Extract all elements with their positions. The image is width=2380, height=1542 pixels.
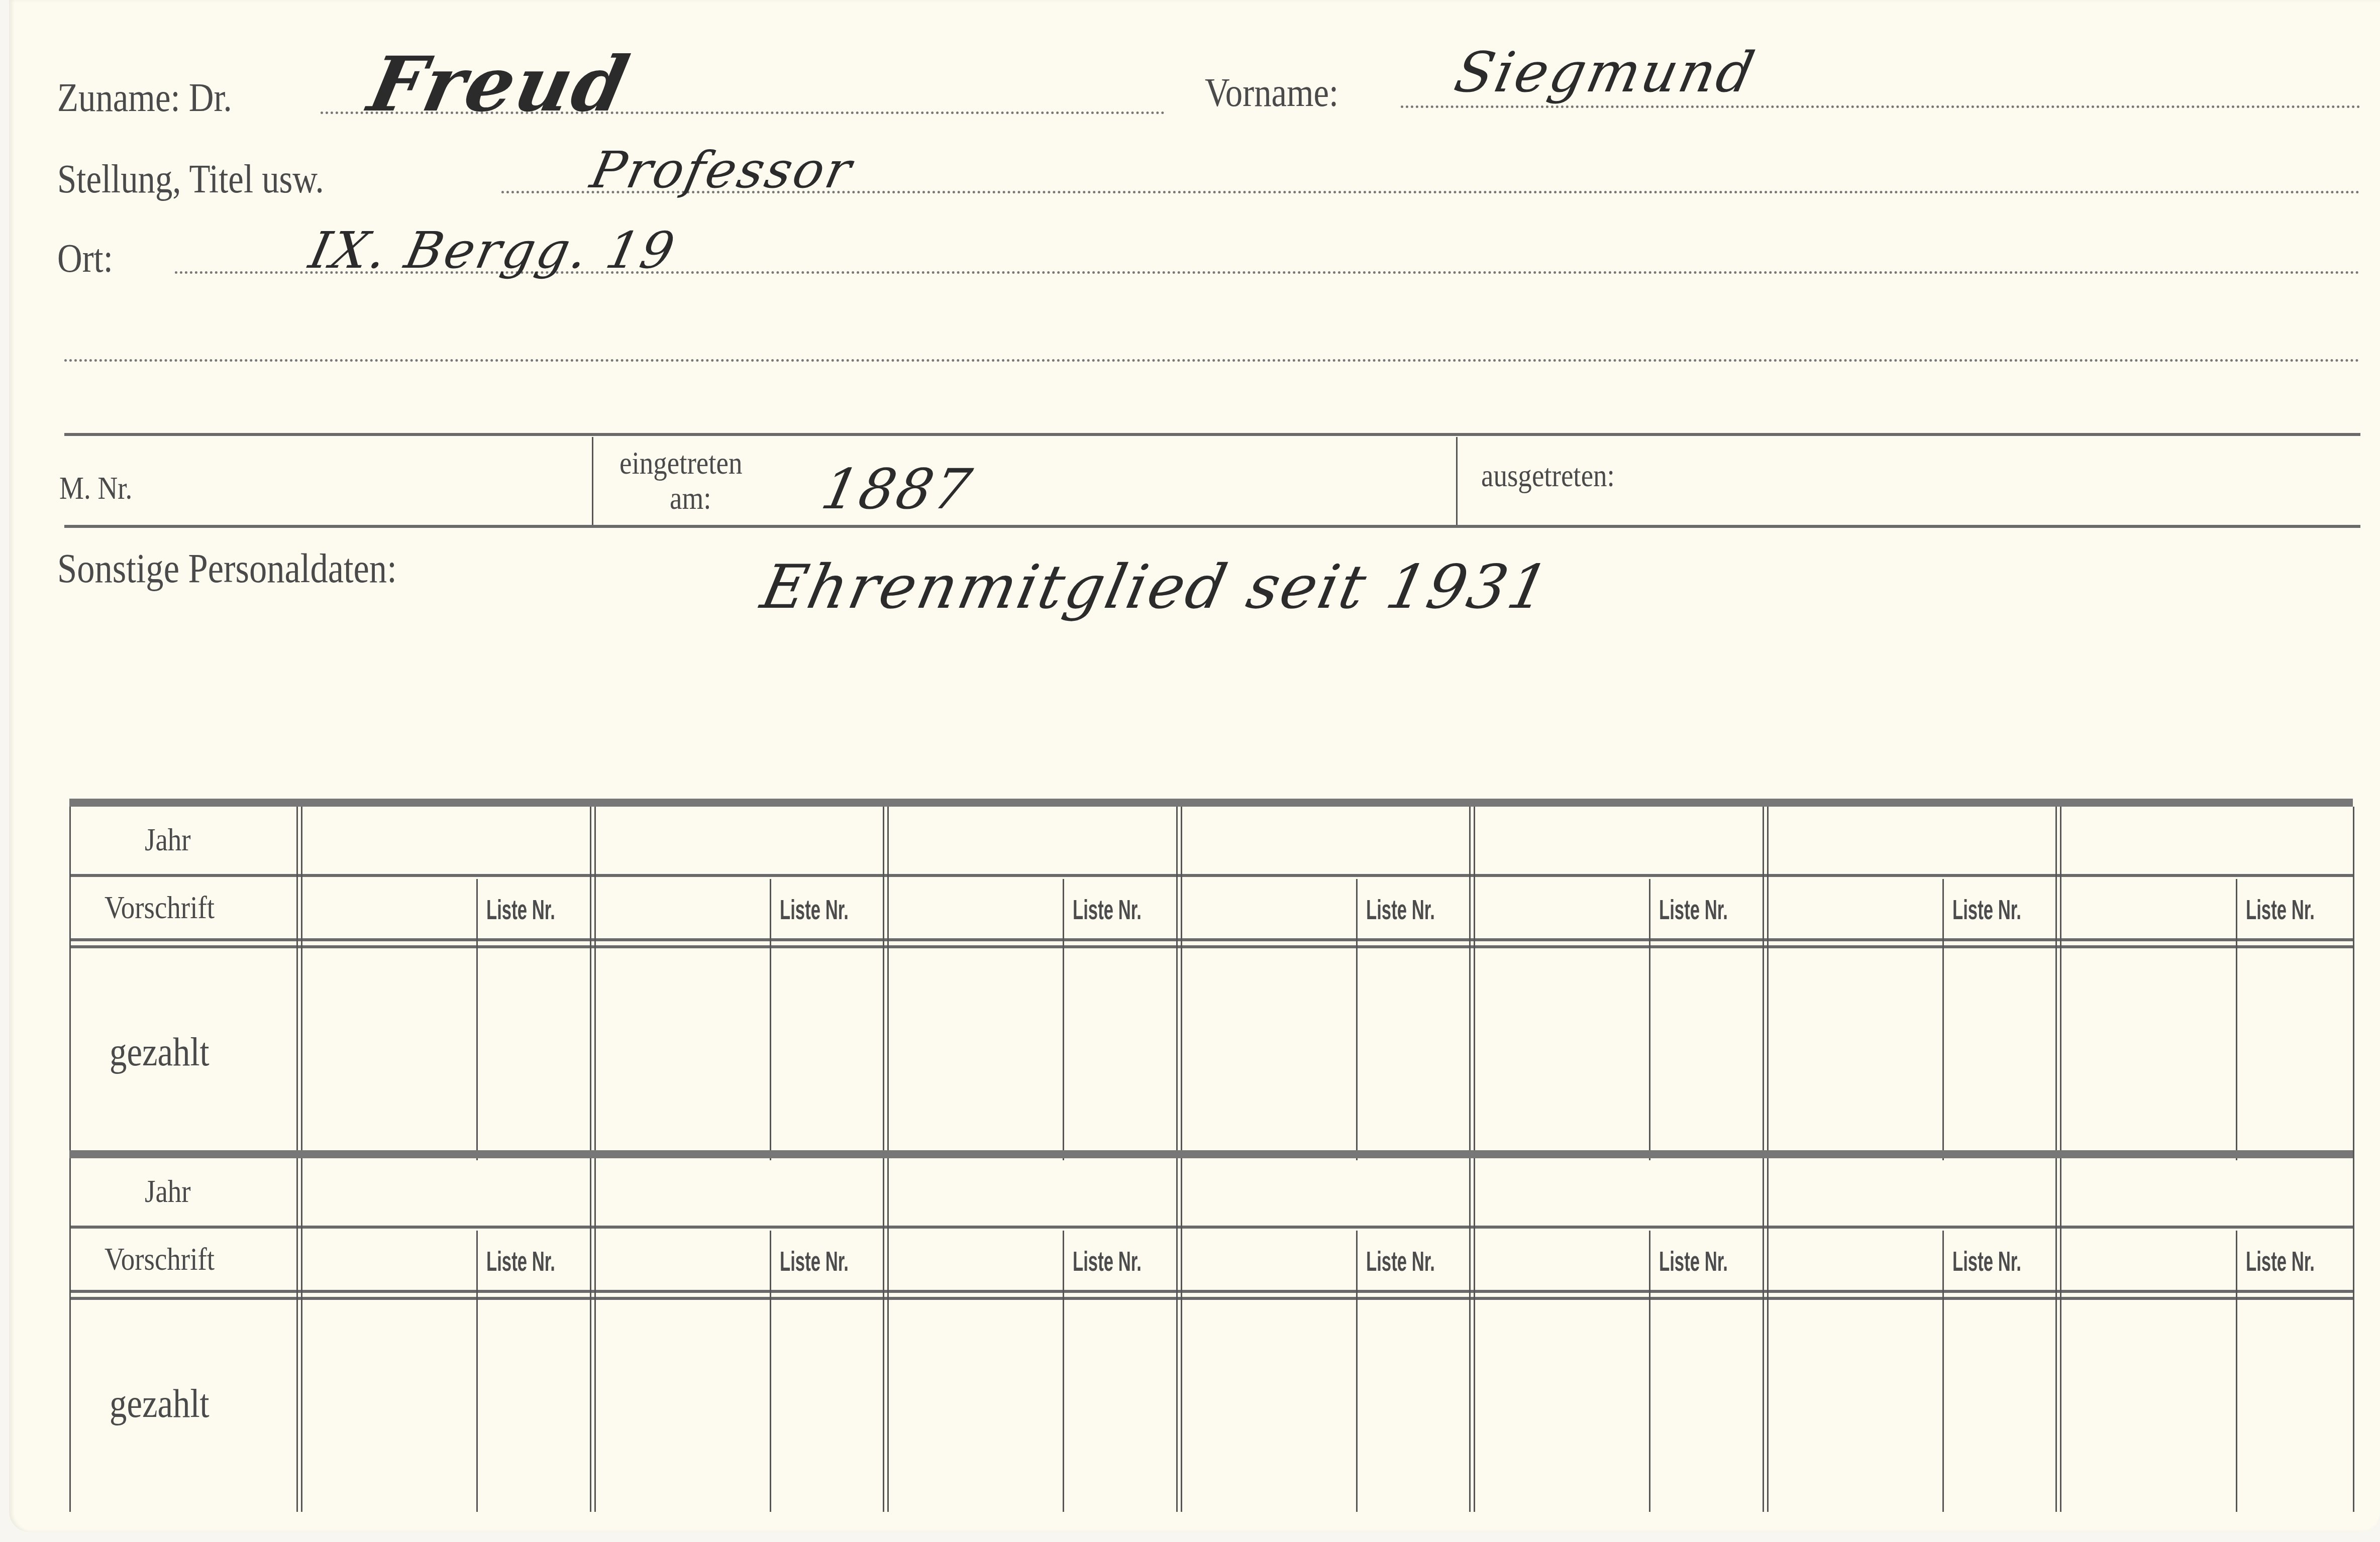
liste-subdivider: [1649, 879, 1650, 1160]
place-label: Ort:: [57, 236, 113, 282]
liste-subdivider: [1942, 879, 1944, 1160]
year-cell[interactable]: [2064, 1160, 2348, 1221]
liste-nr-label: Liste Nr.: [1073, 1245, 1142, 1277]
place-value[interactable]: IX. Bergg. 19: [304, 221, 681, 280]
paid-liste-cell[interactable]: [481, 949, 588, 1160]
paid-liste-cell[interactable]: [2241, 949, 2348, 1160]
liste-nr-label: Liste Nr.: [1366, 893, 1435, 926]
liste-nr-label: Liste Nr.: [1659, 1245, 1728, 1277]
liste-nr-label: Liste Nr.: [1073, 893, 1142, 926]
liste-subdivider: [2236, 879, 2237, 1160]
column-divider: [1176, 807, 1182, 1160]
paid-cell[interactable]: [305, 949, 471, 1160]
prescribed-row-rule-2: [69, 1297, 2353, 1300]
column-divider: [296, 1158, 302, 1512]
liste-nr-label: Liste Nr.: [1952, 893, 2021, 926]
prescribed-cell[interactable]: [2064, 1231, 2230, 1291]
paid-cell[interactable]: [892, 949, 1058, 1160]
membership-index-card: Zuname: Dr. Freud Vorname: Siegmund Stel…: [9, 0, 2380, 1532]
liste-subdivider: [476, 1231, 478, 1512]
paid-liste-cell[interactable]: [2241, 1301, 2348, 1512]
paid-liste-cell[interactable]: [1947, 1301, 2054, 1512]
year-cell[interactable]: [305, 809, 589, 869]
paid-cell[interactable]: [1478, 949, 1644, 1160]
liste-subdivider: [770, 1231, 771, 1512]
prescribed-cell[interactable]: [1478, 1231, 1644, 1291]
paid-label: gezahlt: [110, 1030, 210, 1075]
first-name-value[interactable]: Siegmund: [1449, 40, 1762, 104]
liste-subdivider: [770, 879, 771, 1160]
liste-nr-label: Liste Nr.: [1952, 1245, 2021, 1277]
liste-subdivider: [1063, 879, 1064, 1160]
prescribed-row-rule-2: [69, 945, 2353, 948]
paid-liste-cell[interactable]: [775, 1301, 882, 1512]
joined-value[interactable]: 1887: [816, 457, 978, 521]
prescribed-cell[interactable]: [1185, 1231, 1351, 1291]
position-label: Stellung, Titel usw.: [57, 157, 324, 202]
year-cell[interactable]: [1478, 809, 1762, 869]
paid-liste-cell[interactable]: [1068, 1301, 1175, 1512]
column-divider: [1469, 807, 1475, 1160]
paid-cell[interactable]: [599, 949, 765, 1160]
year-cell[interactable]: [892, 809, 1175, 869]
prescribed-label: Vorschrift: [105, 889, 215, 926]
liste-subdivider: [2236, 1231, 2237, 1512]
first-name-label: Vorname:: [1205, 70, 1338, 116]
prescribed-cell[interactable]: [1478, 879, 1644, 939]
member-row-divider-1: [592, 437, 593, 525]
table-right-border: [2353, 807, 2354, 1160]
year-cell[interactable]: [2064, 809, 2348, 869]
column-divider: [883, 807, 889, 1160]
liste-subdivider: [1356, 879, 1358, 1160]
paid-cell[interactable]: [1772, 949, 1937, 1160]
liste-nr-label: Liste Nr.: [486, 1245, 555, 1277]
joined-label-line1: eingetreten: [619, 445, 742, 482]
liste-nr-label: Liste Nr.: [486, 893, 555, 926]
year-cell[interactable]: [1772, 809, 2055, 869]
year-row-rule: [69, 874, 2353, 877]
year-row-rule: [69, 1226, 2353, 1229]
year-cell[interactable]: [599, 1160, 882, 1221]
year-cell[interactable]: [1185, 1160, 1469, 1221]
prescribed-label: Vorschrift: [105, 1241, 215, 1278]
paid-cell[interactable]: [1185, 1301, 1351, 1512]
table-left-border: [69, 807, 71, 1160]
member-row-top-rule: [64, 433, 2360, 436]
first-name-line: [1401, 105, 2360, 108]
other-data-value[interactable]: Ehrenmitglied seit 1931: [755, 553, 1557, 622]
paid-liste-cell[interactable]: [1654, 949, 1761, 1160]
prescribed-cell[interactable]: [599, 1231, 765, 1291]
column-divider: [590, 1158, 596, 1512]
liste-nr-label: Liste Nr.: [780, 1245, 849, 1277]
year-cell[interactable]: [1185, 809, 1469, 869]
paid-cell[interactable]: [1478, 1301, 1644, 1512]
year-cell[interactable]: [305, 1160, 589, 1221]
year-label: Jahr: [145, 821, 191, 858]
paid-label: gezahlt: [110, 1381, 210, 1427]
column-divider: [296, 807, 302, 1160]
table-block-top-rule: [69, 799, 2353, 807]
prescribed-cell[interactable]: [305, 879, 471, 939]
liste-nr-label: Liste Nr.: [1659, 893, 1728, 926]
liste-subdivider: [476, 879, 478, 1160]
paid-liste-cell[interactable]: [1654, 1301, 1761, 1512]
member-row-divider-2: [1456, 437, 1458, 525]
liste-nr-label: Liste Nr.: [1366, 1245, 1435, 1277]
extra-line: [64, 359, 2360, 362]
liste-subdivider: [1649, 1231, 1650, 1512]
prescribed-cell[interactable]: [1185, 879, 1351, 939]
table-block-top-rule: [69, 1150, 2353, 1158]
paid-cell[interactable]: [2064, 949, 2230, 1160]
column-divider: [2055, 807, 2061, 1160]
year-cell[interactable]: [599, 809, 882, 869]
column-divider: [1469, 1158, 1475, 1512]
paid-cell[interactable]: [892, 1301, 1058, 1512]
year-cell[interactable]: [892, 1160, 1175, 1221]
paid-liste-cell[interactable]: [481, 1301, 588, 1512]
paid-cell[interactable]: [1772, 1301, 1937, 1512]
paid-liste-cell[interactable]: [1068, 949, 1175, 1160]
prescribed-cell[interactable]: [892, 879, 1058, 939]
prescribed-cell[interactable]: [599, 879, 765, 939]
paid-liste-cell[interactable]: [1947, 949, 2054, 1160]
prescribed-cell[interactable]: [1772, 1231, 1937, 1291]
table-right-border: [2353, 1158, 2354, 1512]
prescribed-cell[interactable]: [1772, 879, 1937, 939]
liste-subdivider: [1356, 1231, 1358, 1512]
position-value[interactable]: Professor: [586, 141, 859, 199]
liste-subdivider: [1942, 1231, 1944, 1512]
paid-cell[interactable]: [599, 1301, 765, 1512]
year-label: Jahr: [145, 1173, 191, 1210]
paid-liste-cell[interactable]: [775, 949, 882, 1160]
other-data-label: Sonstige Personaldaten:: [57, 545, 397, 592]
liste-nr-label: Liste Nr.: [780, 893, 849, 926]
joined-label-line2: am:: [670, 480, 711, 517]
paid-cell[interactable]: [2064, 1301, 2230, 1512]
column-divider: [883, 1158, 889, 1512]
table-left-border: [69, 1158, 71, 1512]
liste-nr-label: Liste Nr.: [2246, 893, 2315, 926]
paid-liste-cell[interactable]: [1361, 1301, 1468, 1512]
column-divider: [590, 807, 596, 1160]
year-cell[interactable]: [1772, 1160, 2055, 1221]
column-divider: [2055, 1158, 2061, 1512]
liste-subdivider: [1063, 1231, 1064, 1512]
liste-nr-label: Liste Nr.: [2246, 1245, 2315, 1277]
prescribed-cell[interactable]: [305, 1231, 471, 1291]
member-no-label: M. Nr.: [59, 470, 132, 507]
paid-liste-cell[interactable]: [1361, 949, 1468, 1160]
left-label: ausgetreten:: [1481, 457, 1615, 494]
surname-value[interactable]: Freud: [361, 40, 638, 129]
prescribed-cell[interactable]: [892, 1231, 1058, 1291]
surname-label: Zuname: Dr.: [57, 75, 232, 121]
column-divider: [1763, 807, 1769, 1160]
member-row-bottom-rule: [64, 525, 2360, 528]
column-divider: [1176, 1158, 1182, 1512]
prescribed-cell[interactable]: [2064, 879, 2230, 939]
column-divider: [1763, 1158, 1769, 1512]
year-cell[interactable]: [1478, 1160, 1762, 1221]
paid-cell[interactable]: [305, 1301, 471, 1512]
paid-cell[interactable]: [1185, 949, 1351, 1160]
